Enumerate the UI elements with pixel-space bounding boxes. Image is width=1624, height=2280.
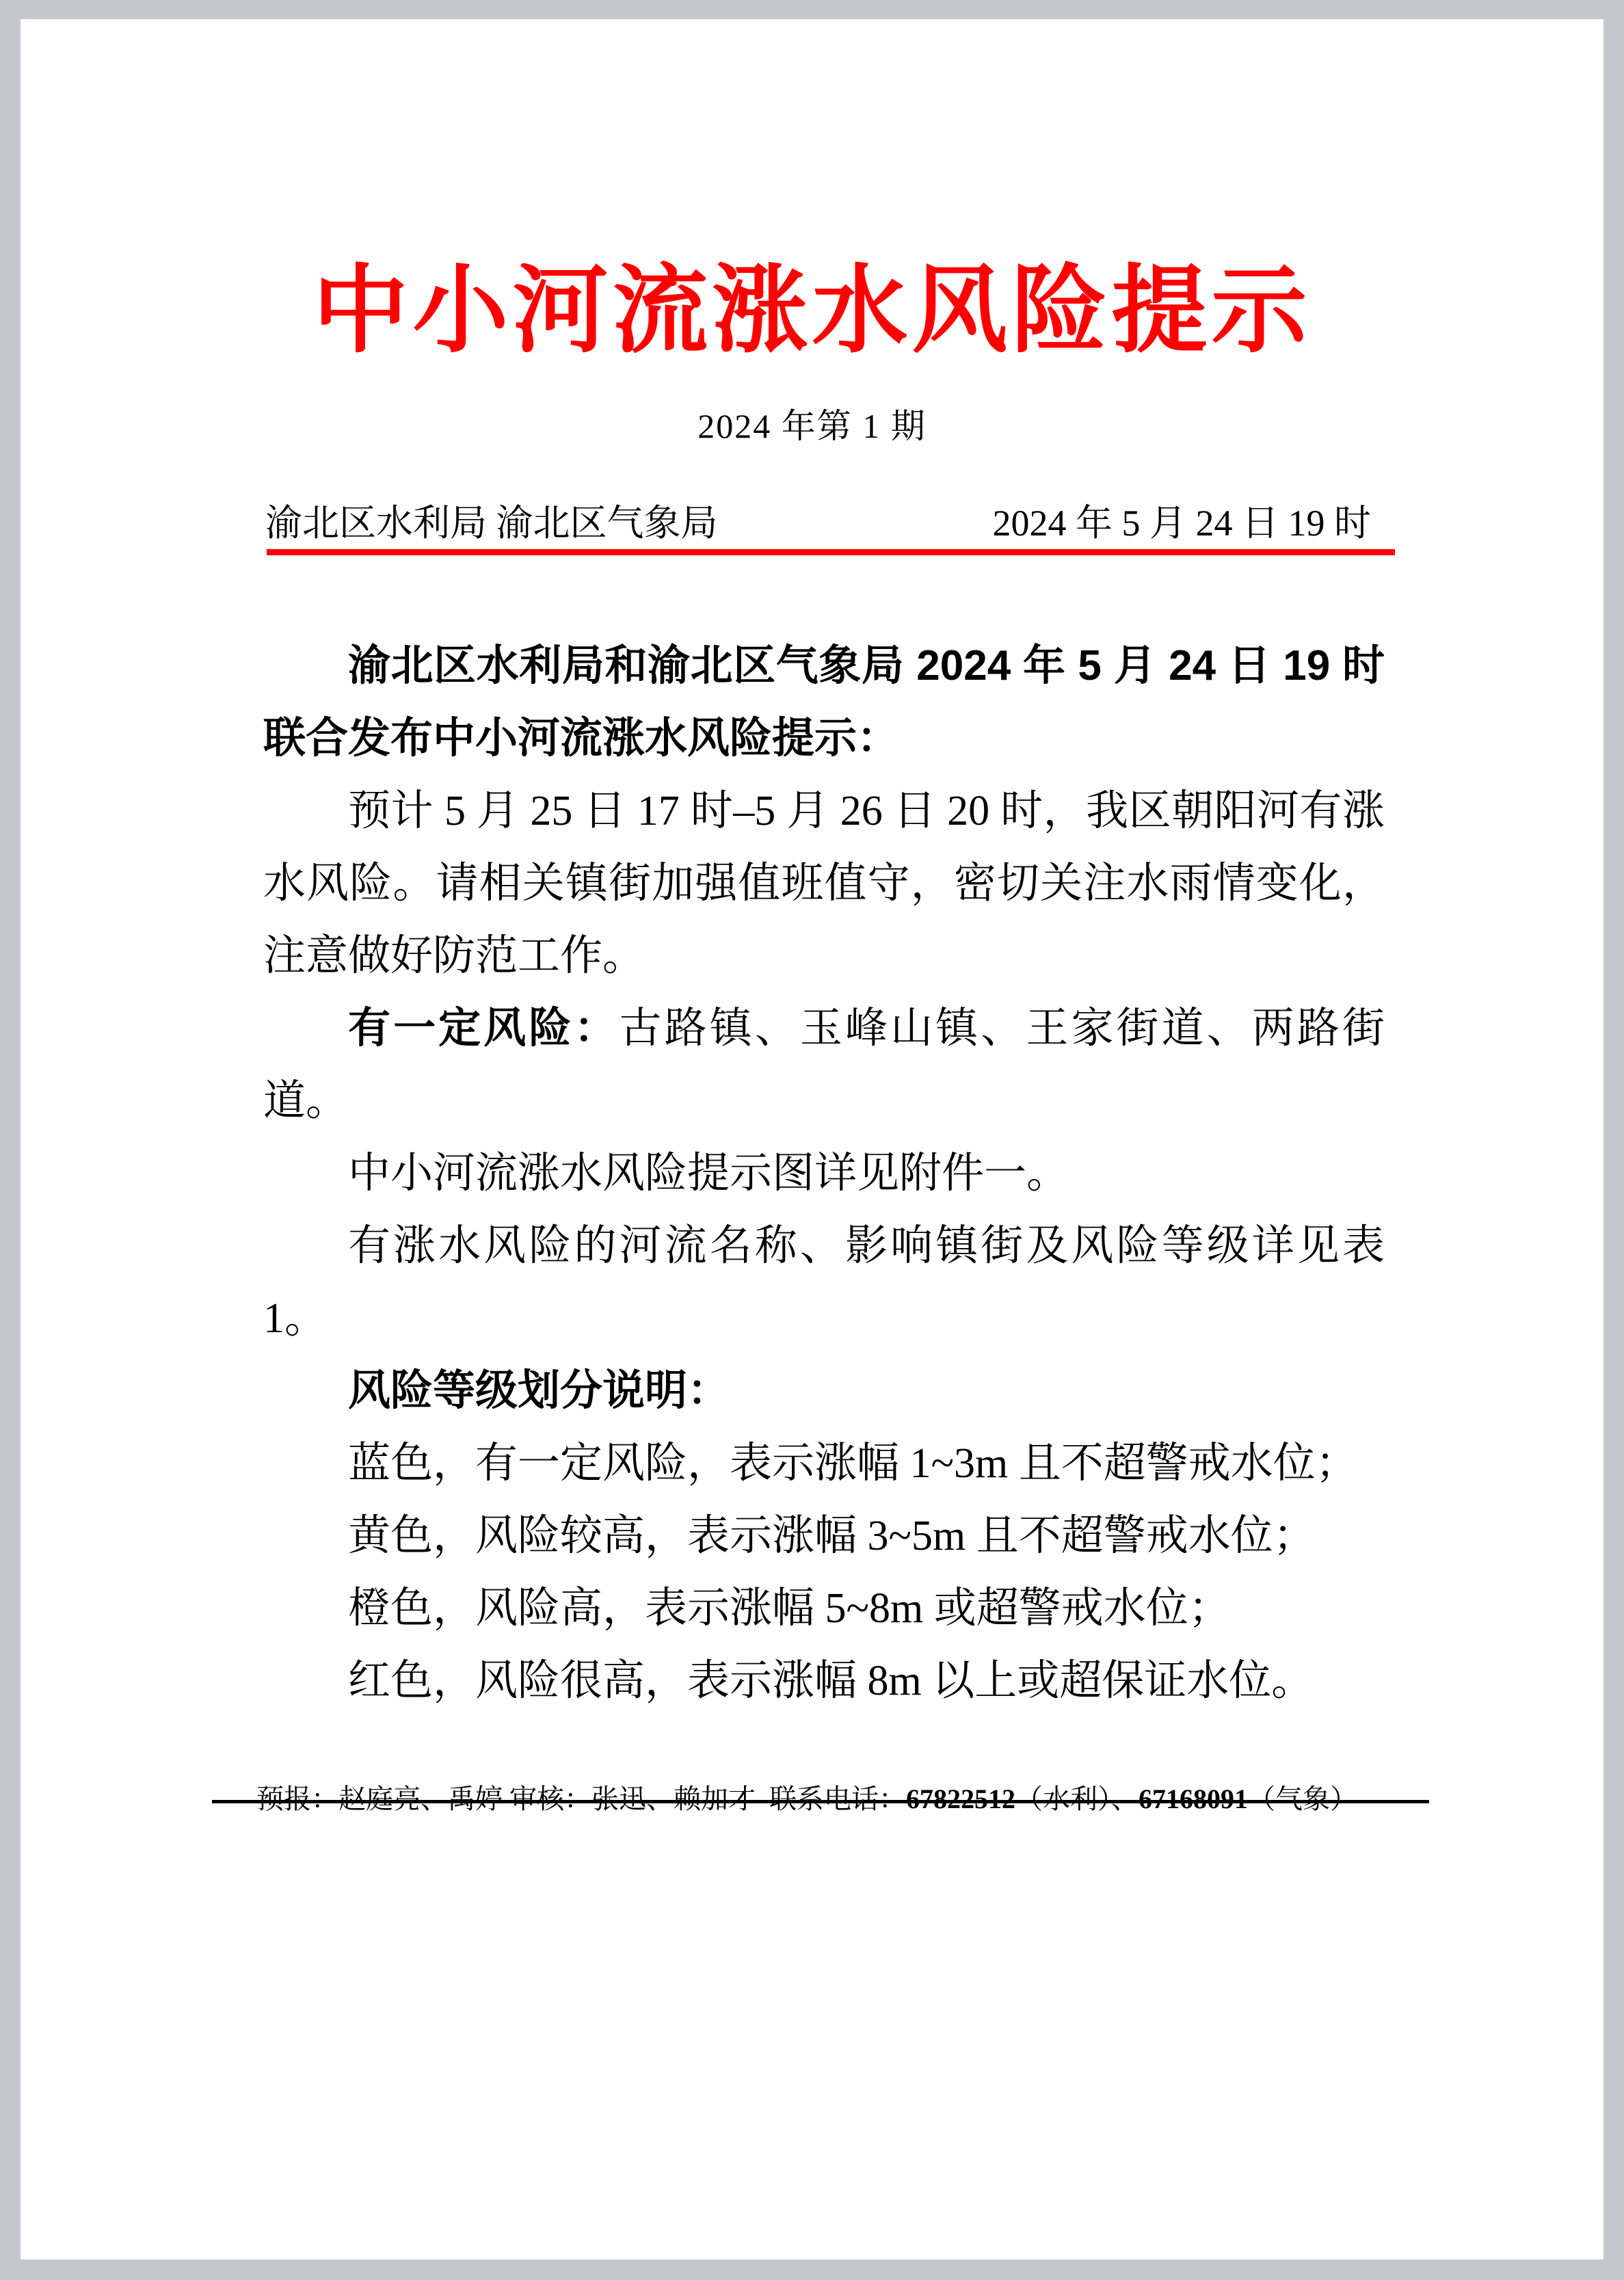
footer-water-label: （水利）、: [1015, 1784, 1139, 1814]
risk-areas-label: 有一定风险：: [348, 1005, 620, 1052]
paragraph-forecast: 预计 5 月 25 日 17 时–5 月 26 日 20 时，我区朝阳河有涨水风…: [263, 775, 1385, 992]
risk-level-red: 红色，风险很高，表示涨幅 8m 以上或超保证水位。: [263, 1645, 1385, 1717]
document-page: 中小河流涨水风险提示 2024 年第 1 期 渝北区水利局 渝北区气象局 202…: [21, 19, 1603, 2259]
paragraph-risk-areas: 有一定风险：古路镇、玉峰山镇、王家街道、两路街道。: [263, 992, 1385, 1137]
heading-risk-level-explanation: 风险等级划分说明：: [263, 1355, 1385, 1427]
paragraph-attachment-ref: 中小河流涨水风险提示图详见附件一。: [263, 1137, 1385, 1210]
risk-level-yellow: 黄色，风险较高，表示涨幅 3~5m 且不超警戒水位；: [263, 1500, 1385, 1572]
red-divider-rule: [267, 549, 1395, 555]
issuing-agencies: 渝北区水利局 渝北区气象局: [265, 505, 718, 542]
issue-number: 2024 年第 1 期: [21, 409, 1603, 443]
document-body: 渝北区水利局和渝北区气象局 2024 年 5 月 24 日 19 时联合发布中小…: [263, 630, 1385, 1717]
document-canvas: 中小河流涨水风险提示 2024 年第 1 期 渝北区水利局 渝北区气象局 202…: [0, 0, 1624, 2280]
paragraph-table-ref: 有涨水风险的河流名称、影响镇街及风险等级详见表 1。: [263, 1210, 1385, 1355]
footer-weather-label: （气象）: [1248, 1784, 1357, 1814]
footer-names-label: 预报：赵庭亮、禹婷 审核：张迅、赖加才 联系电话：: [256, 1784, 906, 1814]
document-title: 中小河流涨水风险提示: [21, 264, 1603, 360]
risk-level-orange: 橙色，风险高，表示涨幅 5~8m 或超警戒水位；: [263, 1572, 1385, 1645]
footer-phone-weather: 67168091: [1139, 1784, 1248, 1814]
footer-phone-water: 67822512: [906, 1784, 1015, 1814]
issuer-row: 渝北区水利局 渝北区气象局 2024 年 5 月 24 日 19 时: [265, 505, 1371, 542]
paragraph-joint-announcement: 渝北区水利局和渝北区气象局 2024 年 5 月 24 日 19 时联合发布中小…: [263, 630, 1385, 775]
footer-contacts: 预报：赵庭亮、禹婷 审核：张迅、赖加才 联系电话：67822512（水利）、67…: [256, 1783, 1412, 1816]
issue-datetime: 2024 年 5 月 24 日 19 时: [993, 505, 1372, 542]
footer-divider-rule: [212, 1800, 1429, 1803]
risk-level-blue: 蓝色，有一定风险，表示涨幅 1~3m 且不超警戒水位；: [263, 1427, 1385, 1500]
